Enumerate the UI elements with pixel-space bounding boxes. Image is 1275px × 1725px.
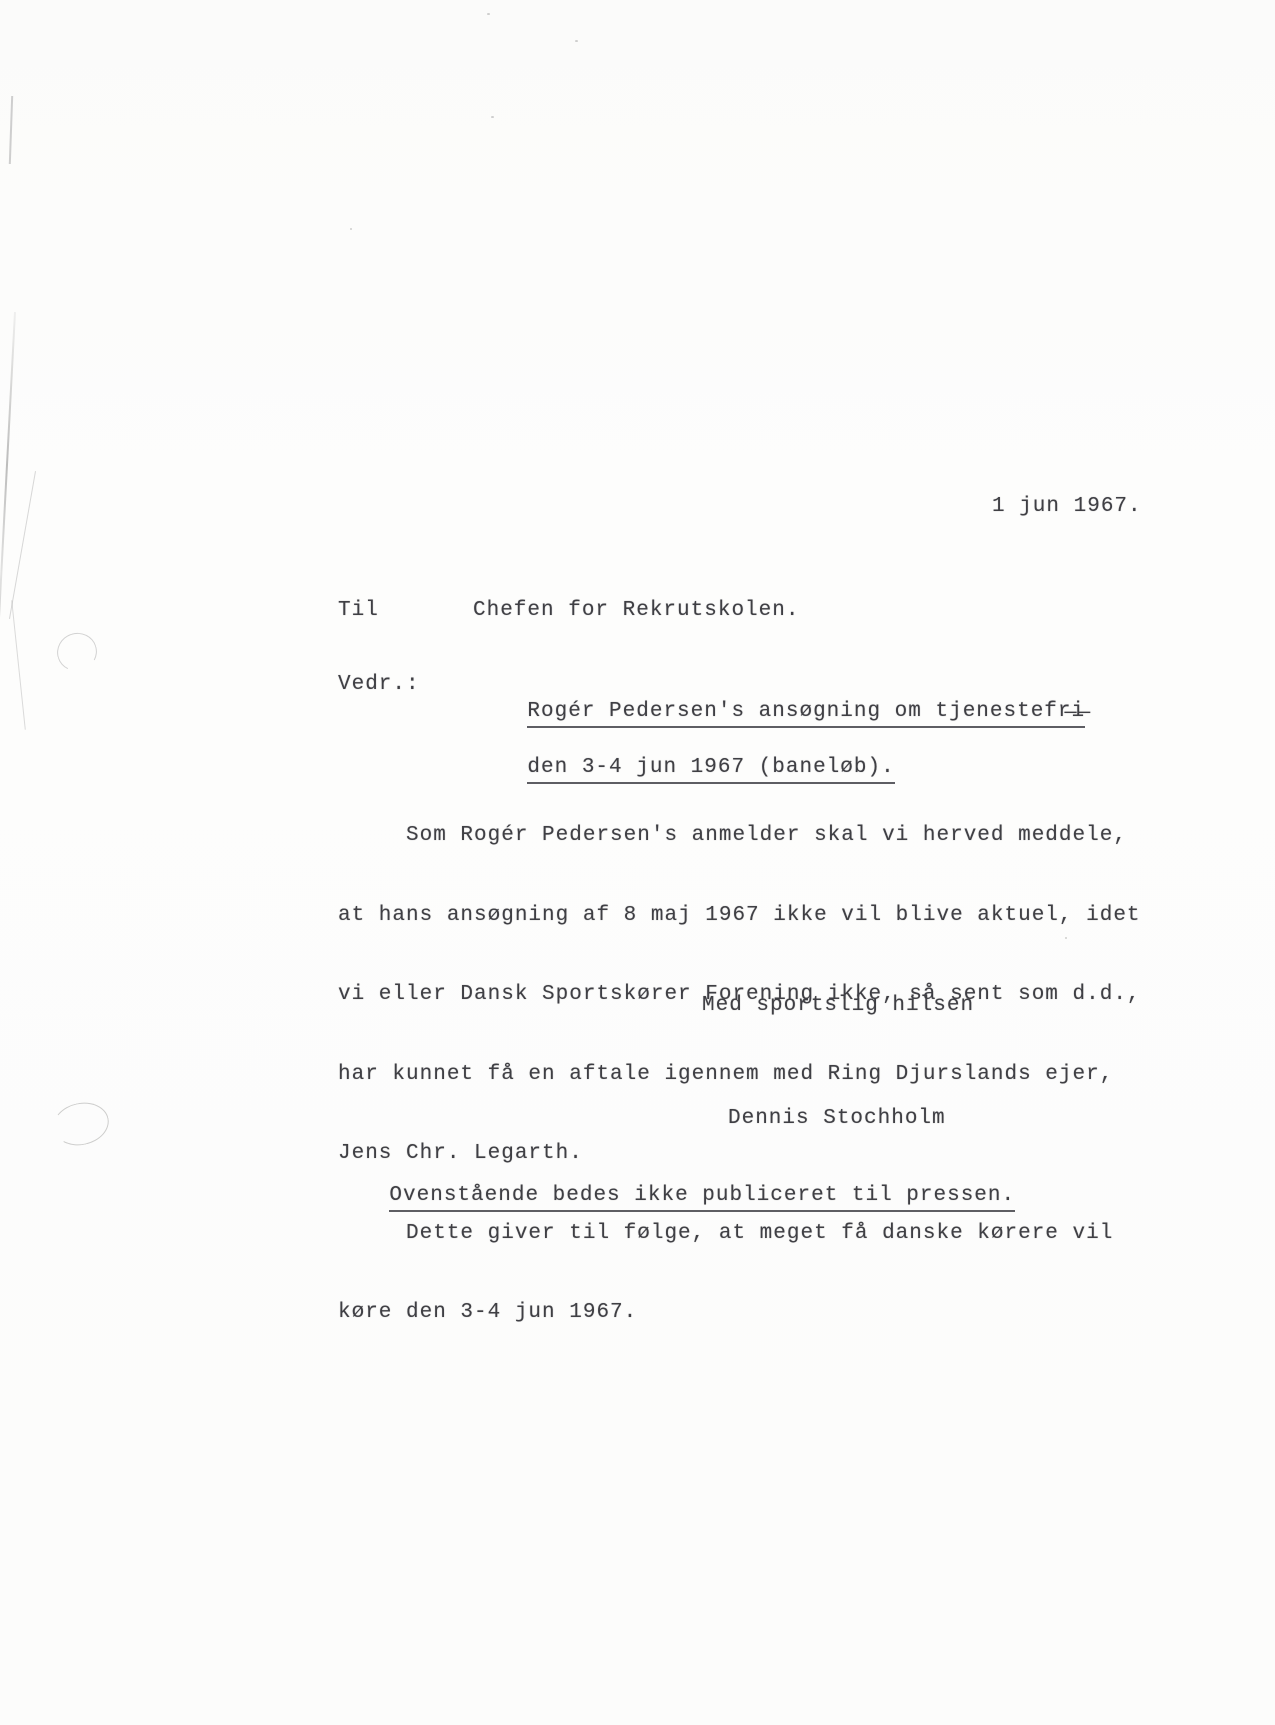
body-line: har kunnet få en aftale igennem med Ring… xyxy=(338,1062,1141,1089)
body-line: Som Rogér Pedersen's anmelder skal vi he… xyxy=(338,823,1141,850)
scan-speck xyxy=(487,13,490,15)
subject-line-1: Rogér Pedersen's ansøgning om tjenestefr… xyxy=(527,699,1085,729)
scan-speck xyxy=(491,116,494,118)
scan-ellipse-mark xyxy=(49,1098,113,1151)
scan-crease-branch xyxy=(11,600,26,729)
signature-name: Dennis Stochholm xyxy=(728,1106,946,1133)
scan-circle-mark xyxy=(52,628,102,677)
recipient-label: Til xyxy=(338,598,379,625)
letter-date: 1 jun 1967. xyxy=(992,494,1142,521)
scan-speck xyxy=(350,228,352,230)
postscript-note: Ovenstående bedes ikke publiceret til pr… xyxy=(389,1183,1015,1213)
body-line: at hans ansøgning af 8 maj 1967 ikke vil… xyxy=(338,903,1141,930)
scanned-letter-page: 1 jun 1967. Til Chefen for Rekrutskolen.… xyxy=(0,0,1275,1725)
recipient-value: Chefen for Rekrutskolen. xyxy=(473,598,799,625)
scan-crease-branch xyxy=(9,471,36,619)
letter-body: Som Rogér Pedersen's anmelder skal vi he… xyxy=(338,770,1141,1380)
subject-label: Vedr.: xyxy=(338,672,420,699)
scan-speck xyxy=(575,40,578,42)
scan-crease-top xyxy=(9,96,13,164)
body-line: køre den 3-4 jun 1967. xyxy=(338,1300,1141,1327)
postscript-block: Ovenstående bedes ikke publiceret til pr… xyxy=(335,1156,1015,1239)
closing-salutation: Med sportslig hilsen xyxy=(702,993,974,1020)
scan-crease-main xyxy=(0,312,16,750)
